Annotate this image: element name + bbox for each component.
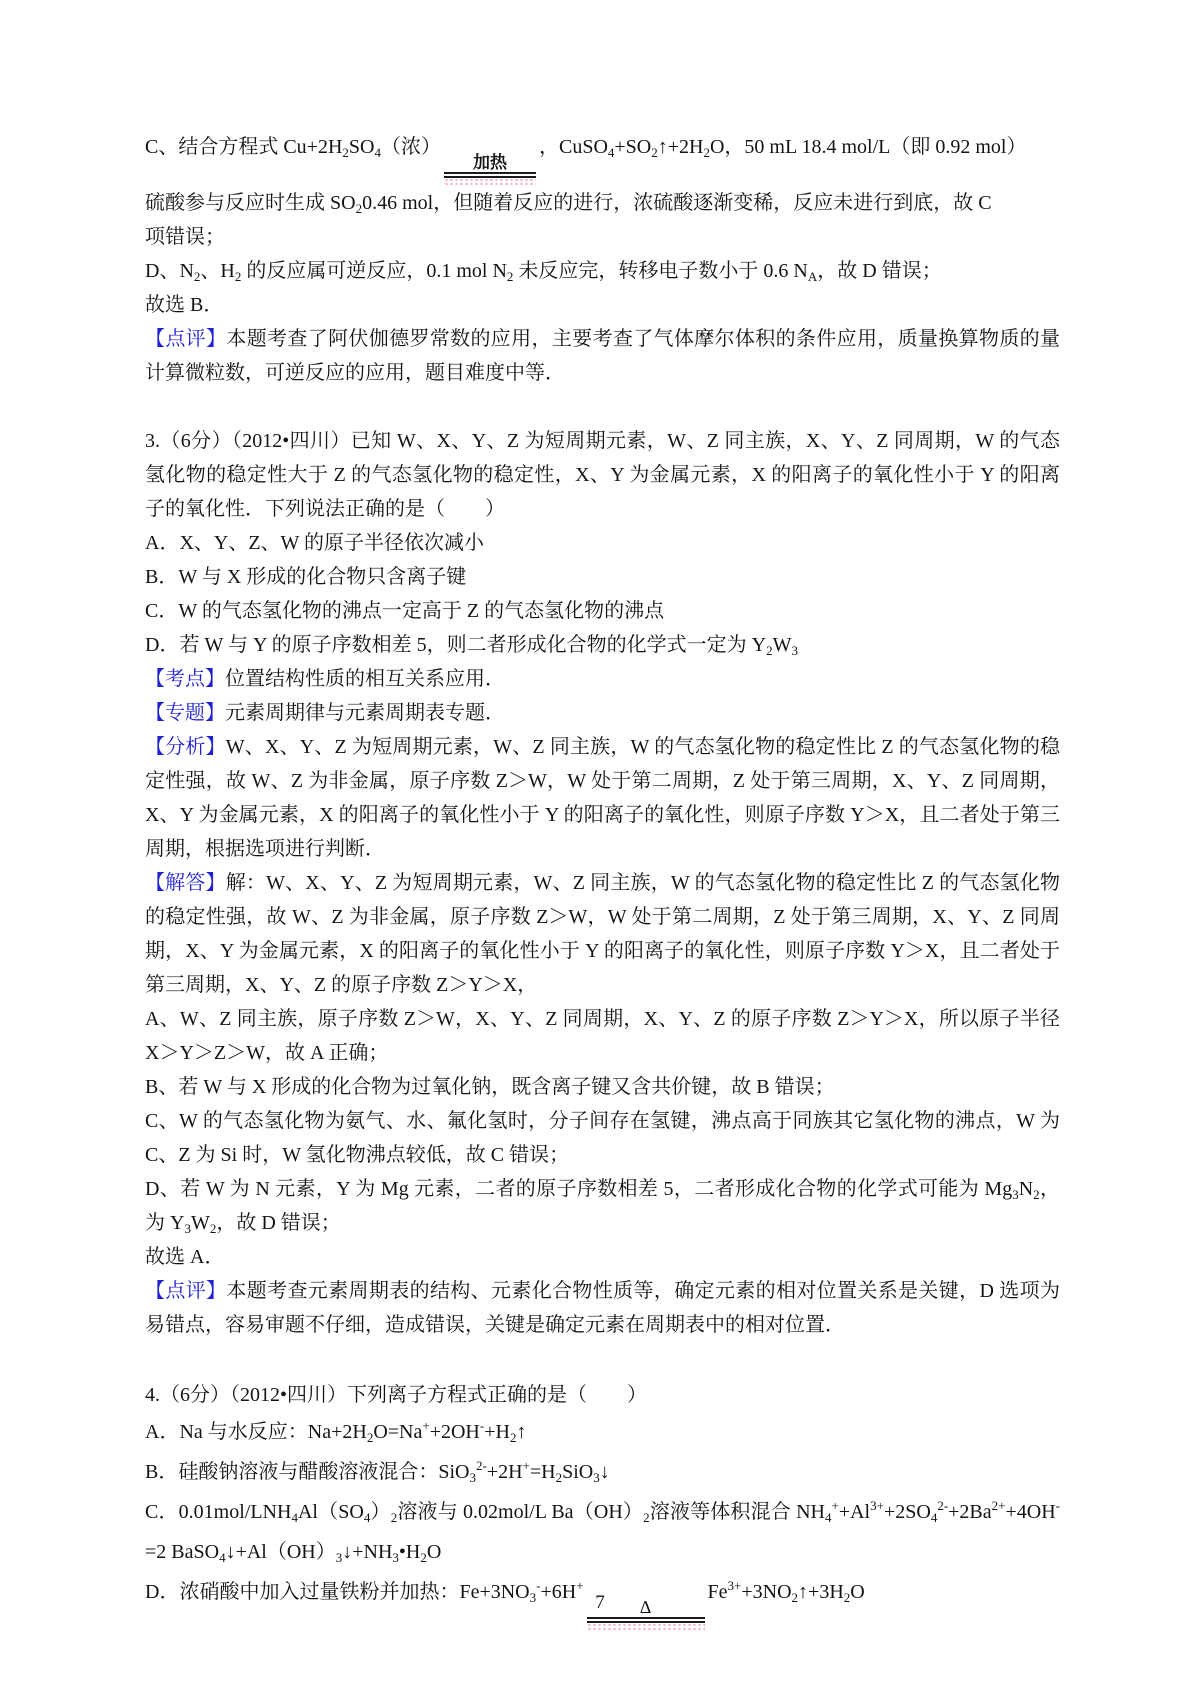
dianping-text: 本题考查元素周期表的结构、元素化合物性质等，确定元素的相对位置关系是关键，D 选… bbox=[145, 1280, 1060, 1336]
document-page: { "page": { "number": "7", "accent_blue"… bbox=[0, 0, 1200, 1698]
page-content: C、结合方程式 Cu+2H2SO4（浓）加热，CuSO4+SO2↑+2H2O，5… bbox=[145, 120, 1060, 1631]
answer-line-c3: 项错误； bbox=[145, 220, 1060, 254]
question-4-stem: 4.（6分）（2012•四川）下列离子方程式正确的是（ ） bbox=[145, 1378, 1060, 1412]
jieda-line-d: D、若 W 为 N 元素，Y 为 Mg 元素，二者的原子序数相差 5，二者形成化… bbox=[145, 1172, 1060, 1240]
pink-dots-underlay bbox=[587, 1623, 705, 1631]
dianping-label: 【点评】 bbox=[145, 1280, 226, 1302]
question-3-option-c: C．W 的气态氢化物的沸点一定高于 Z 的气态氢化物的沸点 bbox=[145, 594, 1060, 628]
page-number: 7 bbox=[0, 1592, 1200, 1614]
jieda-conclusion: 故选 A． bbox=[145, 1240, 1060, 1274]
fenxi-label: 【分析】 bbox=[145, 736, 226, 758]
question-4-option-c: C．0.01mol/LNH4Al（SO4）2溶液与 0.02mol/L Ba（O… bbox=[145, 1492, 1060, 1572]
jieda-line-c: C、W 的气态氢化物为氨气、水、氟化氢时，分子间存在氢键，沸点高于同族其它氢化物… bbox=[145, 1104, 1060, 1172]
kaodian-text: 位置结构性质的相互关系应用． bbox=[225, 668, 505, 690]
question-4-option-a: A．Na 与水反应：Na+2H2O=Na++2OH-+H2↑ bbox=[145, 1412, 1060, 1452]
comment-label: 【点评】 bbox=[145, 328, 226, 350]
question-4-option-b: B．硅酸钠溶液与醋酸溶液混合：SiO32-+2H+=H2SiO3↓ bbox=[145, 1452, 1060, 1492]
answer-line-c2: 硫酸参与反应时生成 SO20.46 mol，但随着反应的进行，浓硫酸逐渐变稀，反… bbox=[145, 186, 1060, 220]
answer-2-explanation-section: C、结合方程式 Cu+2H2SO4（浓）加热，CuSO4+SO2↑+2H2O，5… bbox=[145, 120, 1060, 390]
zhuanti-text: 元素周期律与元素周期表专题． bbox=[225, 702, 505, 724]
fenxi-text: W、X、Y、Z 为短周期元素，W、Z 同主族，W 的气态氢化物的稳定性比 Z 的… bbox=[145, 736, 1060, 860]
fenxi-paragraph: 【分析】W、X、Y、Z 为短周期元素，W、Z 同主族，W 的气态氢化物的稳定性比… bbox=[145, 730, 1060, 866]
comment-text: 本题考查了阿伏伽德罗常数的应用，主要考查了气体摩尔体积的条件应用，质量换算物质的… bbox=[145, 328, 1060, 384]
jieda-intro-text: 解：W、X、Y、Z 为短周期元素，W、Z 同主族，W 的气态氢化物的稳定性比 Z… bbox=[145, 872, 1060, 996]
question-3-option-b: B．W 与 X 形成的化合物只含离子键 bbox=[145, 560, 1060, 594]
answer-line-c-equation: C、结合方程式 Cu+2H2SO4（浓）加热，CuSO4+SO2↑+2H2O，5… bbox=[145, 120, 1060, 186]
question-3-stem: 3.（6分）（2012•四川）已知 W、X、Y、Z 为短周期元素，W、Z 同主族… bbox=[145, 424, 1060, 526]
jieda-label: 【解答】 bbox=[145, 872, 226, 894]
equation-text-post: ，CuSO4+SO2↑+2H2O，50 mL 18.4 mol/L（即 0.92… bbox=[539, 136, 1026, 158]
kaodian-label: 【考点】 bbox=[145, 668, 225, 690]
question-3-option-a: A．X、Y、Z、W 的原子半径依次减小 bbox=[145, 526, 1060, 560]
jieda-line-b: B、若 W 与 X 形成的化合物为过氧化钠，既含离子键又含共价键，故 B 错误； bbox=[145, 1070, 1060, 1104]
kaodian-paragraph: 【考点】位置结构性质的相互关系应用． bbox=[145, 662, 1060, 696]
answer-conclusion: 故选 B． bbox=[145, 288, 1060, 322]
zhuanti-label: 【专题】 bbox=[145, 702, 225, 724]
zhuanti-paragraph: 【专题】元素周期律与元素周期表专题． bbox=[145, 696, 1060, 730]
pink-dots-underlay bbox=[444, 178, 536, 186]
question-3-option-d: D．若 W 与 Y 的原子序数相差 5，则二者形成化合物的化学式一定为 Y2W3 bbox=[145, 628, 1060, 662]
dianping-paragraph: 【点评】本题考查元素周期表的结构、元素化合物性质等，确定元素的相对位置关系是关键… bbox=[145, 1274, 1060, 1342]
question-3-section: 3.（6分）（2012•四川）已知 W、X、Y、Z 为短周期元素，W、Z 同主族… bbox=[145, 424, 1060, 1342]
comment-paragraph: 【点评】本题考查了阿伏伽德罗常数的应用，主要考查了气体摩尔体积的条件应用，质量换… bbox=[145, 322, 1060, 390]
jieda-line-a: A、W、Z 同主族，原子序数 Z＞W，X、Y、Z 同周期，X、Y、Z 的原子序数… bbox=[145, 1002, 1060, 1070]
reaction-condition-heating: 加热 bbox=[444, 153, 536, 186]
condition-label: 加热 bbox=[444, 153, 536, 172]
jieda-intro-paragraph: 【解答】解：W、X、Y、Z 为短周期元素，W、Z 同主族，W 的气态氢化物的稳定… bbox=[145, 866, 1060, 1002]
answer-line-d: D、N2、H2 的反应属可逆反应，0.1 mol N2 未反应完，转移电子数小于… bbox=[145, 254, 1060, 288]
equation-text-pre: C、结合方程式 Cu+2H2SO4（浓） bbox=[145, 136, 441, 158]
